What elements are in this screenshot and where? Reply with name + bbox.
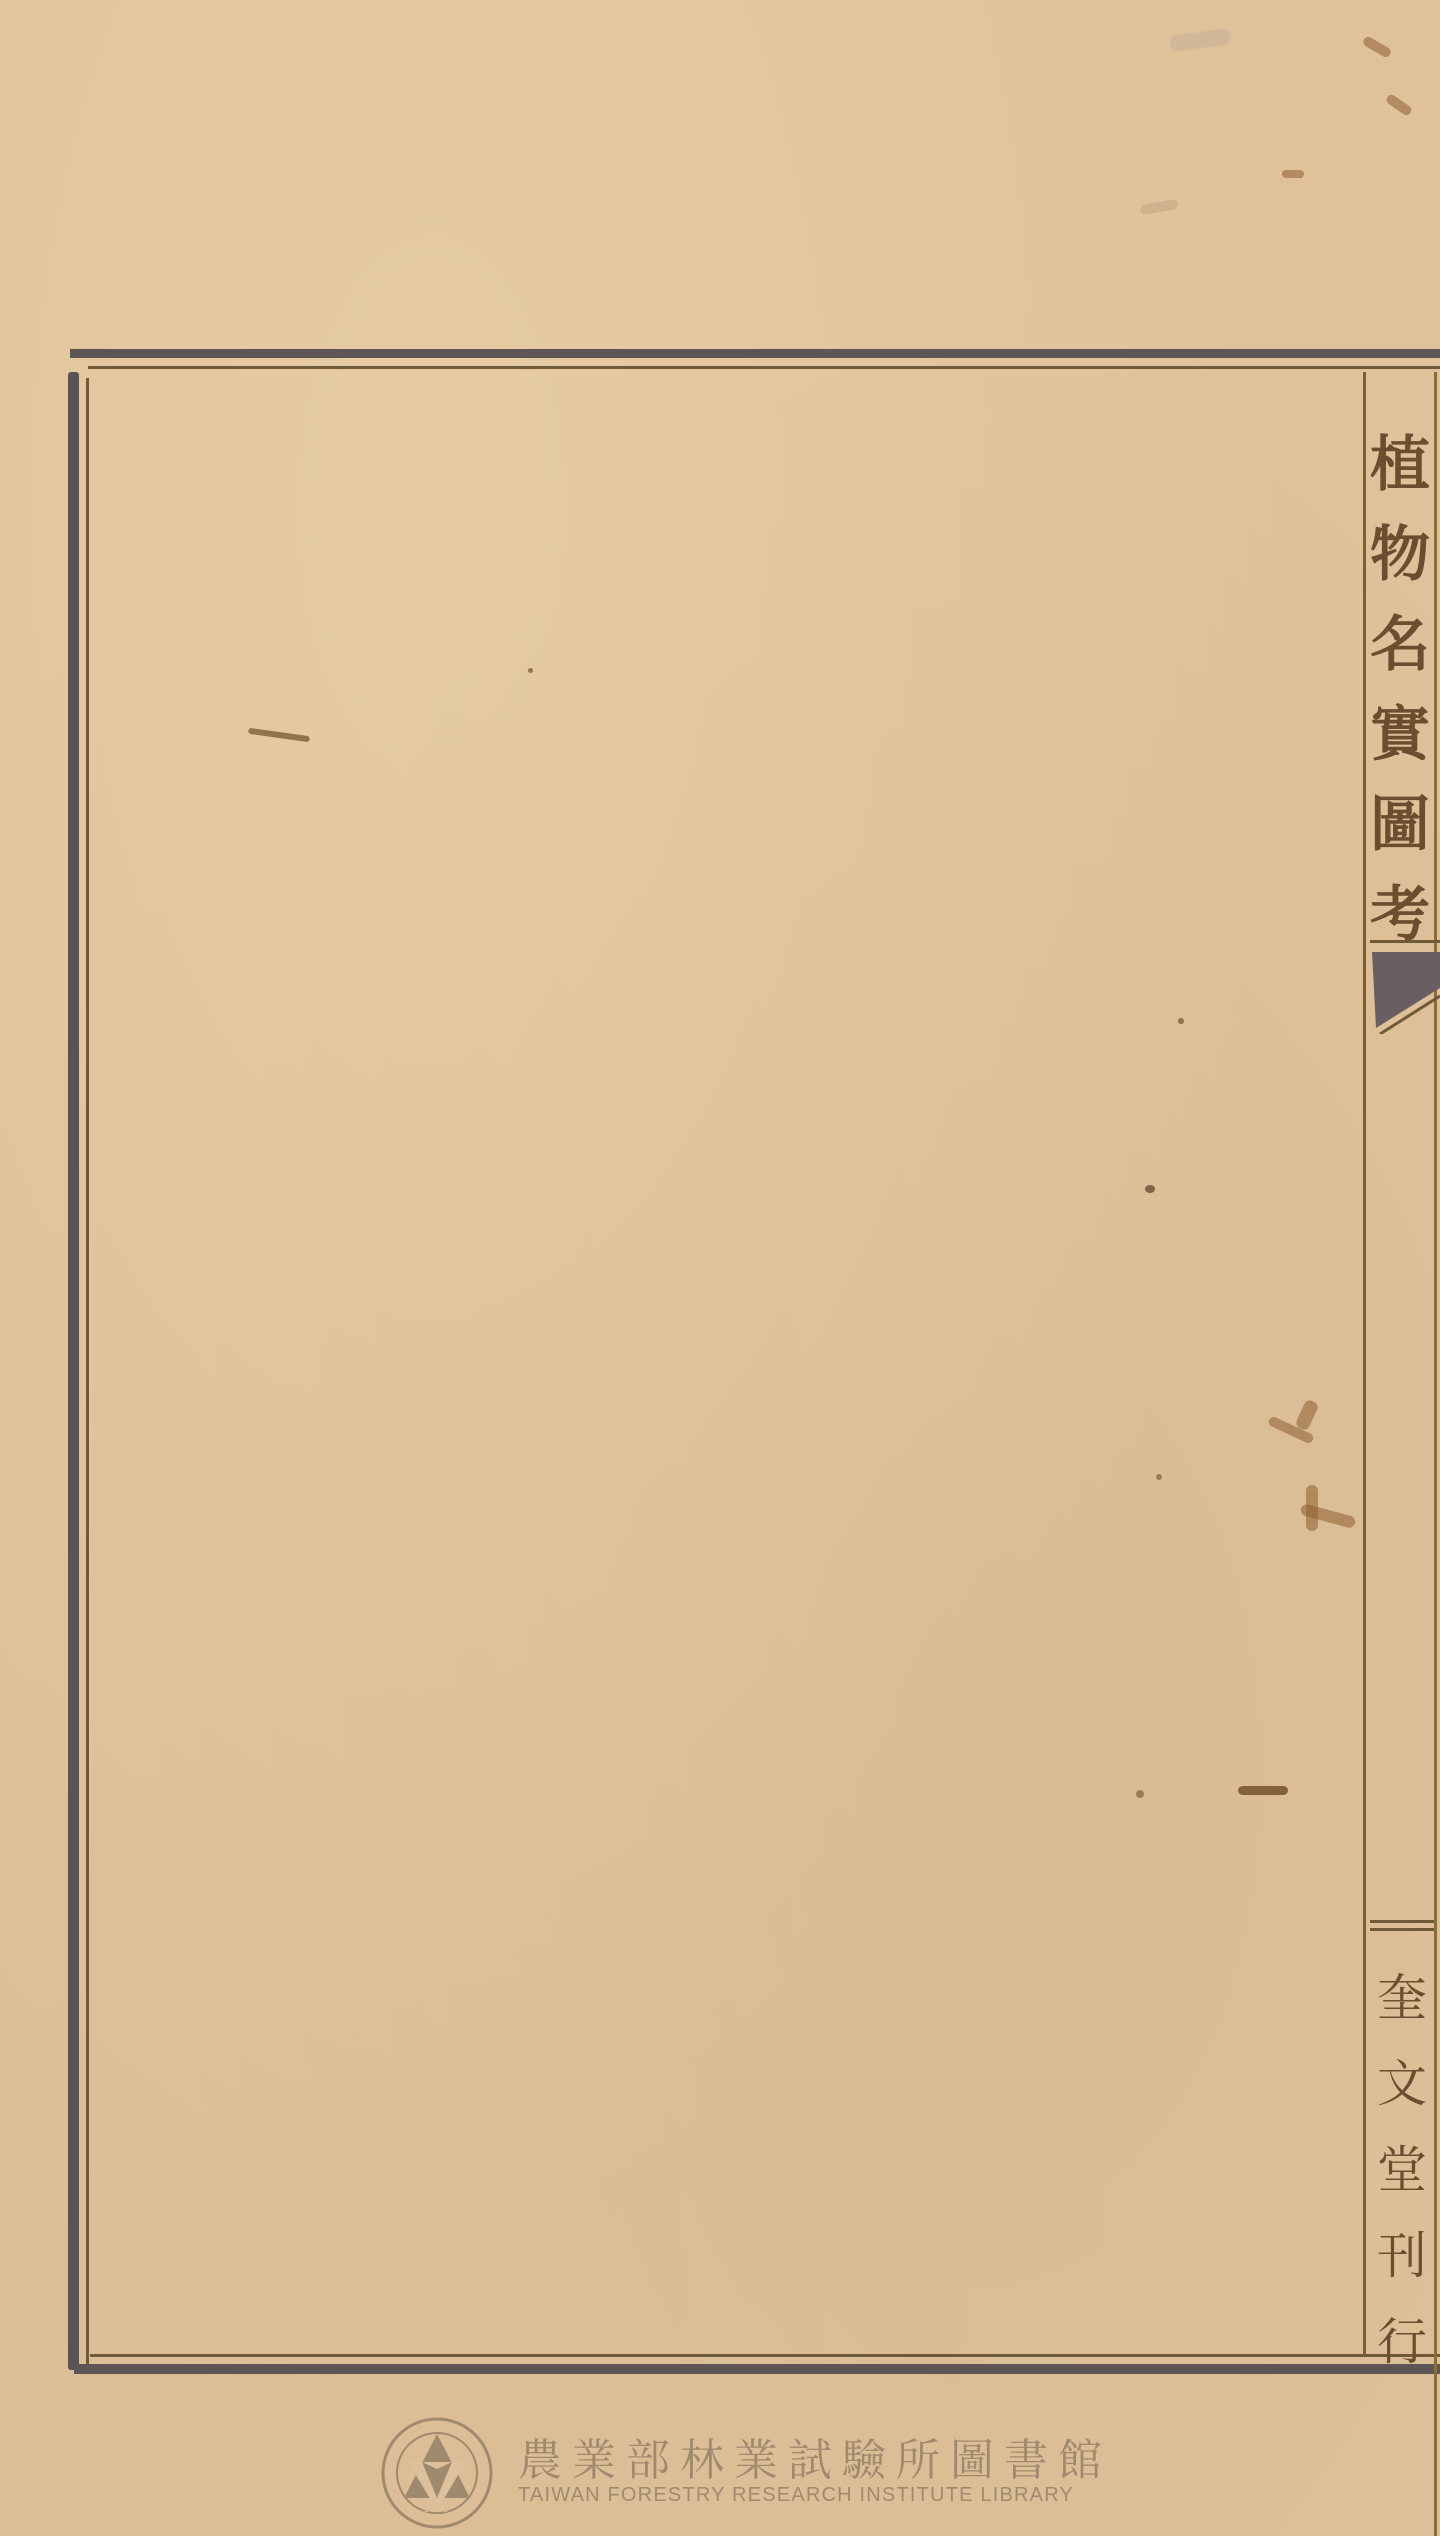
border-bottom-thin [90, 2354, 1440, 2357]
title-char: 實 [1370, 690, 1440, 780]
publisher-char: 刊 [1372, 2213, 1432, 2299]
ink-speck [1136, 1790, 1144, 1798]
border-top-thin [88, 366, 1440, 369]
fishtail-top-rule [1370, 940, 1440, 943]
logo-year: 1896 [423, 2504, 448, 2515]
border-left-thin [86, 378, 89, 2368]
wormhole [1238, 1786, 1288, 1795]
publisher-column: 奎 文 堂 刊 行 [1372, 1955, 1432, 2385]
title-char: 植 [1370, 420, 1440, 510]
wormhole [1385, 93, 1414, 117]
ink-speck [1145, 1185, 1155, 1193]
border-top-thick [70, 349, 1440, 358]
title-char: 物 [1370, 510, 1440, 600]
border-bottom-thick [74, 2364, 1440, 2374]
wormhole [1282, 170, 1304, 178]
wormhole [1169, 28, 1231, 52]
border-left-thick [68, 372, 79, 2370]
publisher-top-rule-2 [1370, 1928, 1434, 1931]
publisher-char: 堂 [1372, 2127, 1432, 2213]
wormhole [1306, 1485, 1318, 1531]
publisher-top-rule [1370, 1920, 1434, 1923]
ink-speck [1178, 1018, 1184, 1024]
library-watermark: 1896 農業部林業試驗所圖書館 TAIWAN FORESTRY RESEARC… [378, 2414, 1078, 2526]
wormhole [1294, 1398, 1319, 1431]
publisher-char: 行 [1372, 2299, 1432, 2385]
title-char: 考 [1370, 870, 1440, 960]
library-name-en: TAIWAN FORESTRY RESEARCH INSTITUTE LIBRA… [518, 2484, 1074, 2507]
wormhole [248, 728, 310, 743]
publisher-char: 文 [1372, 2041, 1432, 2127]
wormhole [1362, 35, 1393, 59]
book-title-column: 植 物 名 實 圖 考 [1370, 420, 1440, 960]
ink-speck [1156, 1474, 1162, 1480]
center-column-rule [1363, 372, 1366, 2356]
library-name-cn: 農業部林業試驗所圖書館 [518, 2424, 1112, 2488]
title-char: 圖 [1370, 780, 1440, 870]
ink-speck [528, 668, 533, 673]
tfri-logo-icon: 1896 [378, 2414, 496, 2532]
wormhole [1139, 199, 1178, 215]
fishtail-icon [1372, 948, 1440, 1034]
title-char: 名 [1370, 600, 1440, 690]
publisher-char: 奎 [1372, 1955, 1432, 2041]
